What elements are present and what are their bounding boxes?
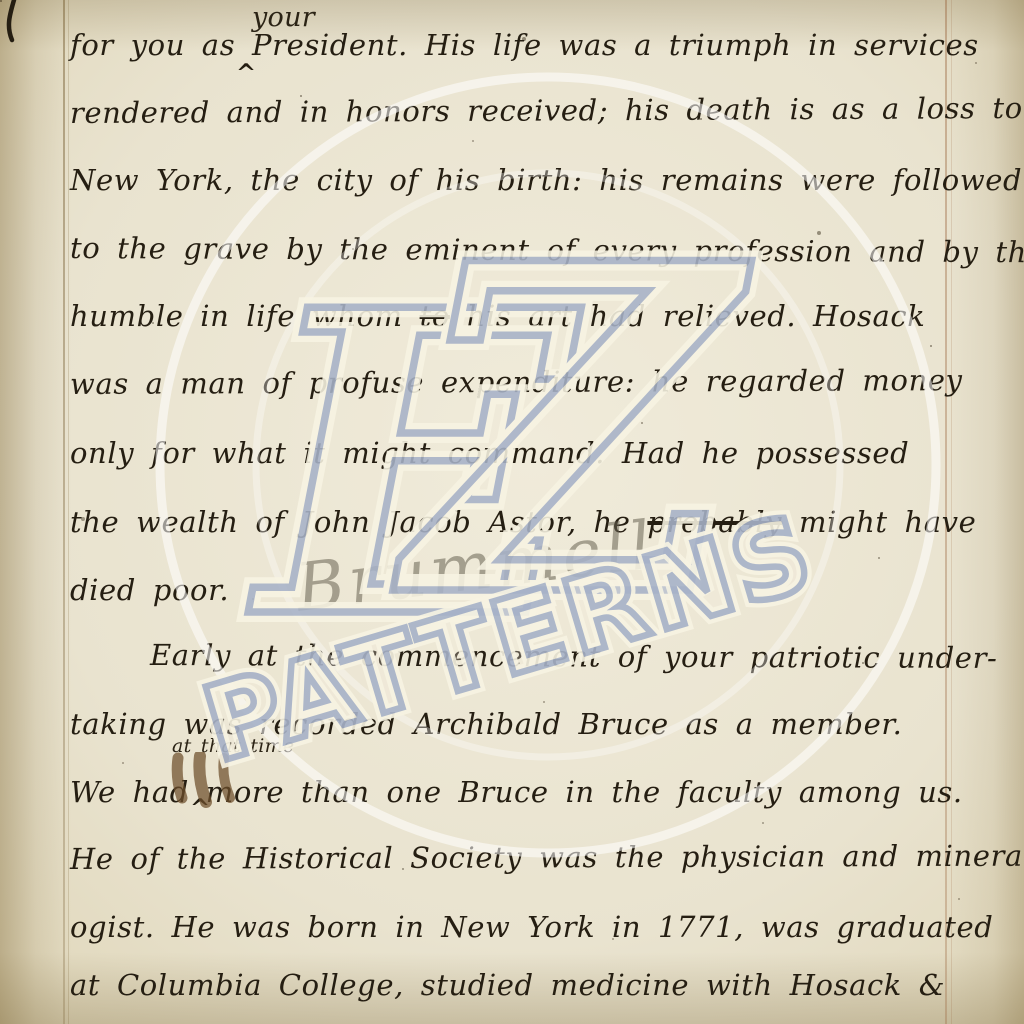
- left-margin-line: [63, 0, 65, 1024]
- paper-speckles: [0, 0, 2, 2]
- manuscript-line: Early at the commencement of your patrio…: [150, 638, 998, 675]
- manuscript-line: only for what it might command. Had he p…: [70, 436, 909, 470]
- manuscript-line: at Columbia College, studied medicine wi…: [70, 968, 945, 1002]
- struck-word: probably: [647, 505, 782, 539]
- insertion-caret-1: ^: [236, 58, 256, 87]
- inserted-phrase-at-that-time: at that time: [172, 735, 294, 757]
- line-segment: his art had relieved. Hosack: [450, 299, 925, 333]
- manuscript-line: ogist. He was born in New York in 1771, …: [70, 910, 993, 944]
- insertion-caret-2: ^: [190, 793, 210, 822]
- manuscript-line: New York, the city of his birth: his rem…: [70, 163, 1022, 197]
- left-margin-line-2: [68, 0, 69, 1024]
- manuscript-line: to the grave by the eminent of every pro…: [70, 231, 1024, 269]
- manuscript-line: was a man of profuse expenditure: he reg…: [70, 363, 963, 401]
- manuscript-line: humble in life whom to his art had relie…: [70, 299, 925, 333]
- stray-pen-stroke: [0, 0, 70, 50]
- manuscript-page: your ^ for you as President. His life wa…: [0, 0, 1024, 1024]
- manuscript-line: died poor.: [70, 573, 229, 607]
- manuscript-line: He of the Historical Society was the phy…: [70, 839, 1024, 876]
- struck-word: to: [420, 299, 450, 333]
- line-segment: might have: [782, 505, 976, 539]
- manuscript-line: for you as President. His life was a tri…: [70, 28, 979, 62]
- manuscript-line: rendered and in honors received; his dea…: [70, 91, 1023, 130]
- line-segment: humble in life whom: [70, 299, 420, 333]
